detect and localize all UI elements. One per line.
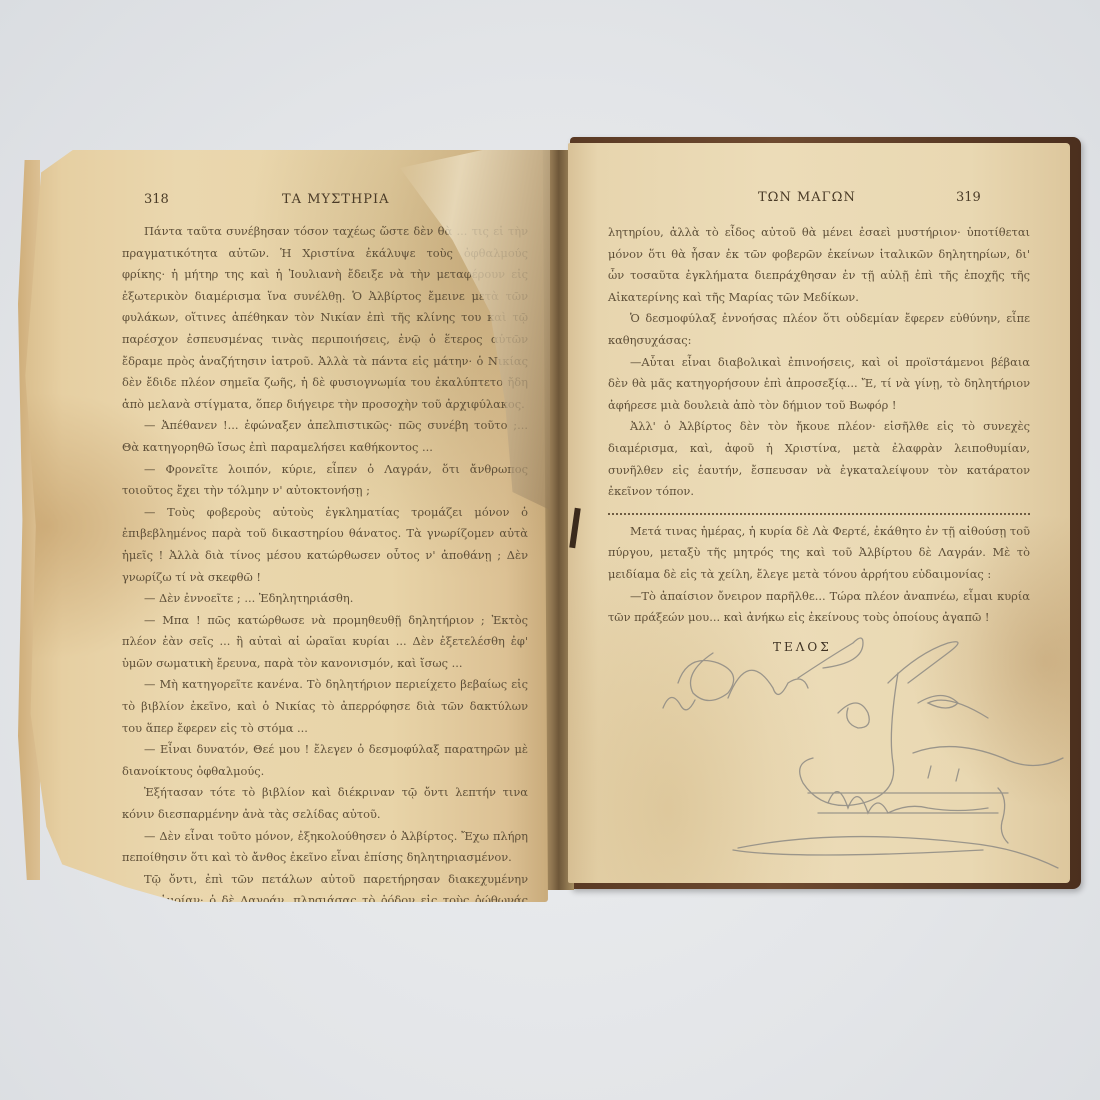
paragraph: —Τὸ ἀπαίσιον ὄνειρον παρῆλθε... Τώρα πλέ…	[608, 586, 1030, 629]
paragraph: Ὁ δεσμοφύλαξ ἐννοήσας πλέον ὅτι οὐδεμίαν…	[608, 308, 1030, 351]
page-body-text: Πάντα ταῦτα συνέβησαν τόσον ταχέως ὥστε …	[122, 221, 528, 977]
running-head: ΤΑ ΜΥΣΤΗΡΙΑ	[282, 192, 390, 207]
page-number: 318	[144, 192, 169, 207]
paragraph: —Αὗται εἶναι διαβολικαὶ ἐπινοήσεις, καὶ …	[608, 352, 1030, 417]
paragraph: — Μπα ! πῶς κατώρθωσε νὰ προμηθευθῇ δηλη…	[122, 610, 528, 675]
pencil-inscription-icon	[658, 613, 1078, 873]
paragraph: — Μὴ κατηγορεῖτε κανένα. Τὸ δηλητήριον π…	[122, 674, 528, 739]
paragraph: — Φρονεῖτε λοιπόν, κύριε, εἶπεν ὁ Λαγράν…	[122, 459, 528, 502]
section-divider-dots	[608, 507, 1030, 515]
paragraph: Ἐξήτασαν τότε τὸ βιβλίον καὶ διέκριναν τ…	[122, 782, 528, 825]
right-page: ΤΩΝ ΜΑΓΩΝ 319 λητηρίου, ἀλλὰ τὸ εἶδος αὐ…	[568, 143, 1070, 883]
page-number: 319	[956, 190, 981, 205]
paragraph: Ἀλλ' ὁ Ἀλβίρτος δὲν τὸν ἤκουε πλέον· εἰσ…	[608, 416, 1030, 502]
running-head: ΤΩΝ ΜΑΓΩΝ	[758, 190, 856, 205]
paragraph: — Δὲν εἶναι τοῦτο μόνον, ἐξηκολούθησεν ὁ…	[122, 826, 528, 869]
paragraph: — Εἶναι δυνατόν, Θεέ μου ! ἔλεγεν ὁ δεσμ…	[122, 739, 528, 782]
paragraph: — Δὲν ἐννοεῖτε ; ... Ἐδηλητηριάσθη.	[122, 588, 528, 610]
end-mark: ΤΕΛΟΣ	[773, 640, 832, 654]
paragraph: Μετά τινας ἡμέρας, ἡ κυρία δὲ Λὰ Φερτέ, …	[608, 521, 1030, 586]
paragraph: λητηρίου, ἀλλὰ τὸ εἶδος αὐτοῦ θὰ μένει ἐ…	[608, 222, 1030, 308]
page-body-text: λητηρίου, ἀλλὰ τὸ εἶδος αὐτοῦ θὰ μένει ἐ…	[608, 222, 1030, 629]
paragraph: — Ἀπέθανεν !... ἐφώναξεν ἀπελπιστικῶς· π…	[122, 415, 528, 458]
paragraph: — Τοὺς φοβεροὺς αὐτοὺς ἐγκληματίας τρομά…	[122, 502, 528, 588]
